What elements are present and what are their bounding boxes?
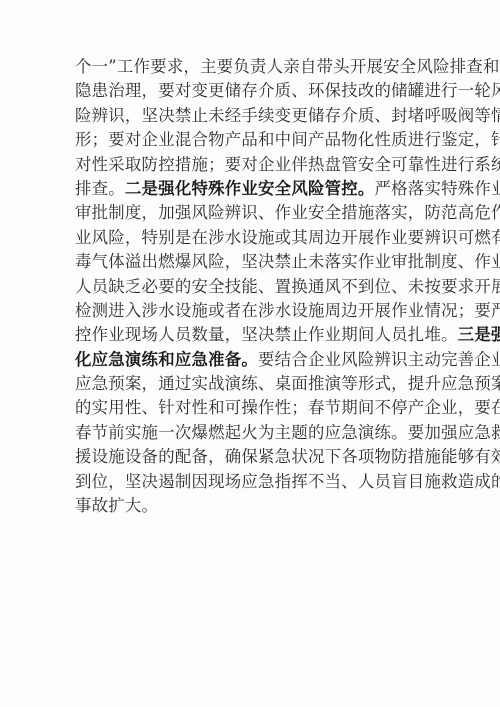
body-text-segment: 检测进入涉水设施或者在涉水设施周边开展作业情况；要严 (75, 301, 500, 320)
body-text-segment: 的实用性、针对性和可操作性；春节期间不停产企业，要在 (75, 398, 500, 417)
body-text-segment: 业风险，特别是在涉水设施或其周边开展作业要辨识可燃有 (75, 228, 500, 247)
text-line: 毒气体溢出燃爆风险，坚决禁止未落实作业审批制度、作业 (75, 250, 427, 274)
text-line: 个一”工作要求，主要负责人亲自带头开展安全风险排查和 (75, 55, 427, 79)
body-text-segment: 事故扩大。 (75, 496, 158, 515)
body-text-segment: 毒气体溢出燃爆风险，坚决禁止未落实作业审批制度、作业 (75, 252, 500, 271)
document-body: 个一”工作要求，主要负责人亲自带头开展安全风险排查和隐患治理，要对变更储存介质、… (75, 55, 427, 518)
text-line: 春节前实施一次爆燃起火为主题的应急演练。要加强应急救 (75, 421, 427, 445)
text-line: 隐患治理，要对变更储存介质、环保技改的储罐进行一轮风 (75, 79, 427, 103)
body-text-segment: 援设施设备的配备，确保紧急状况下各项物防措施能够有效 (75, 447, 500, 466)
body-text-segment: 要结合企业风险辨识主动完善企业 (258, 350, 500, 369)
bold-heading-text: 二是强化特殊作业安全风险管控。 (125, 179, 375, 198)
document-page: 个一”工作要求，主要负责人亲自带头开展安全风险排查和隐患治理，要对变更储存介质、… (0, 0, 500, 707)
text-line: 险辨识，坚决禁止未经手续变更储存介质、封堵呼吸阀等情 (75, 104, 427, 128)
text-line: 到位，坚决遏制因现场应急指挥不当、人员盲目施救造成的 (75, 470, 427, 494)
body-text-segment: 到位，坚决遏制因现场应急指挥不当、人员盲目施救造成的 (75, 472, 500, 491)
body-text-segment: 应急预案，通过实战演练、桌面推演等形式，提升应急预案 (75, 374, 500, 393)
body-text-segment: 险辨识，坚决禁止未经手续变更储存介质、封堵呼吸阀等情 (75, 106, 500, 125)
text-line: 对性采取防控措施；要对企业伴热盘管安全可靠性进行系统 (75, 153, 427, 177)
text-line: 化应急演练和应急准备。要结合企业风险辨识主动完善企业 (75, 348, 427, 372)
text-line: 援设施设备的配备，确保紧急状况下各项物防措施能够有效 (75, 445, 427, 469)
text-line: 人员缺乏必要的安全技能、置换通风不到位、未按要求开展 (75, 275, 427, 299)
text-line: 事故扩大。 (75, 494, 427, 518)
body-text-segment: 控作业现场人员数量，坚决禁止作业期间人员扎堆。 (75, 325, 458, 344)
bold-heading-text: 三是强 (458, 325, 500, 344)
bold-heading-text: 化应急演练和应急准备。 (75, 350, 258, 369)
body-text-segment: 严格落实特殊作业 (375, 179, 500, 198)
body-text-segment: 个一”工作要求，主要负责人亲自带头开展安全风险排查和 (75, 57, 500, 76)
text-line: 检测进入涉水设施或者在涉水设施周边开展作业情况；要严 (75, 299, 427, 323)
text-line: 排查。二是强化特殊作业安全风险管控。严格落实特殊作业 (75, 177, 427, 201)
body-text-segment: 人员缺乏必要的安全技能、置换通风不到位、未按要求开展 (75, 277, 500, 296)
body-text-segment: 形；要对企业混合物产品和中间产品物化性质进行鉴定，针 (75, 130, 500, 149)
text-line: 审批制度，加强风险辨识、作业安全措施落实，防范高危作 (75, 201, 427, 225)
text-line: 的实用性、针对性和可操作性；春节期间不停产企业，要在 (75, 396, 427, 420)
body-text-segment: 审批制度，加强风险辨识、作业安全措施落实，防范高危作 (75, 203, 500, 222)
body-text-segment: 隐患治理，要对变更储存介质、环保技改的储罐进行一轮风 (75, 81, 500, 100)
text-line: 业风险，特别是在涉水设施或其周边开展作业要辨识可燃有 (75, 226, 427, 250)
body-text-segment: 对性采取防控措施；要对企业伴热盘管安全可靠性进行系统 (75, 155, 500, 174)
body-text-segment: 春节前实施一次爆燃起火为主题的应急演练。要加强应急救 (75, 423, 500, 442)
body-text-segment: 排查。 (75, 179, 125, 198)
text-line: 控作业现场人员数量，坚决禁止作业期间人员扎堆。三是强 (75, 323, 427, 347)
text-line: 形；要对企业混合物产品和中间产品物化性质进行鉴定，针 (75, 128, 427, 152)
text-line: 应急预案，通过实战演练、桌面推演等形式，提升应急预案 (75, 372, 427, 396)
